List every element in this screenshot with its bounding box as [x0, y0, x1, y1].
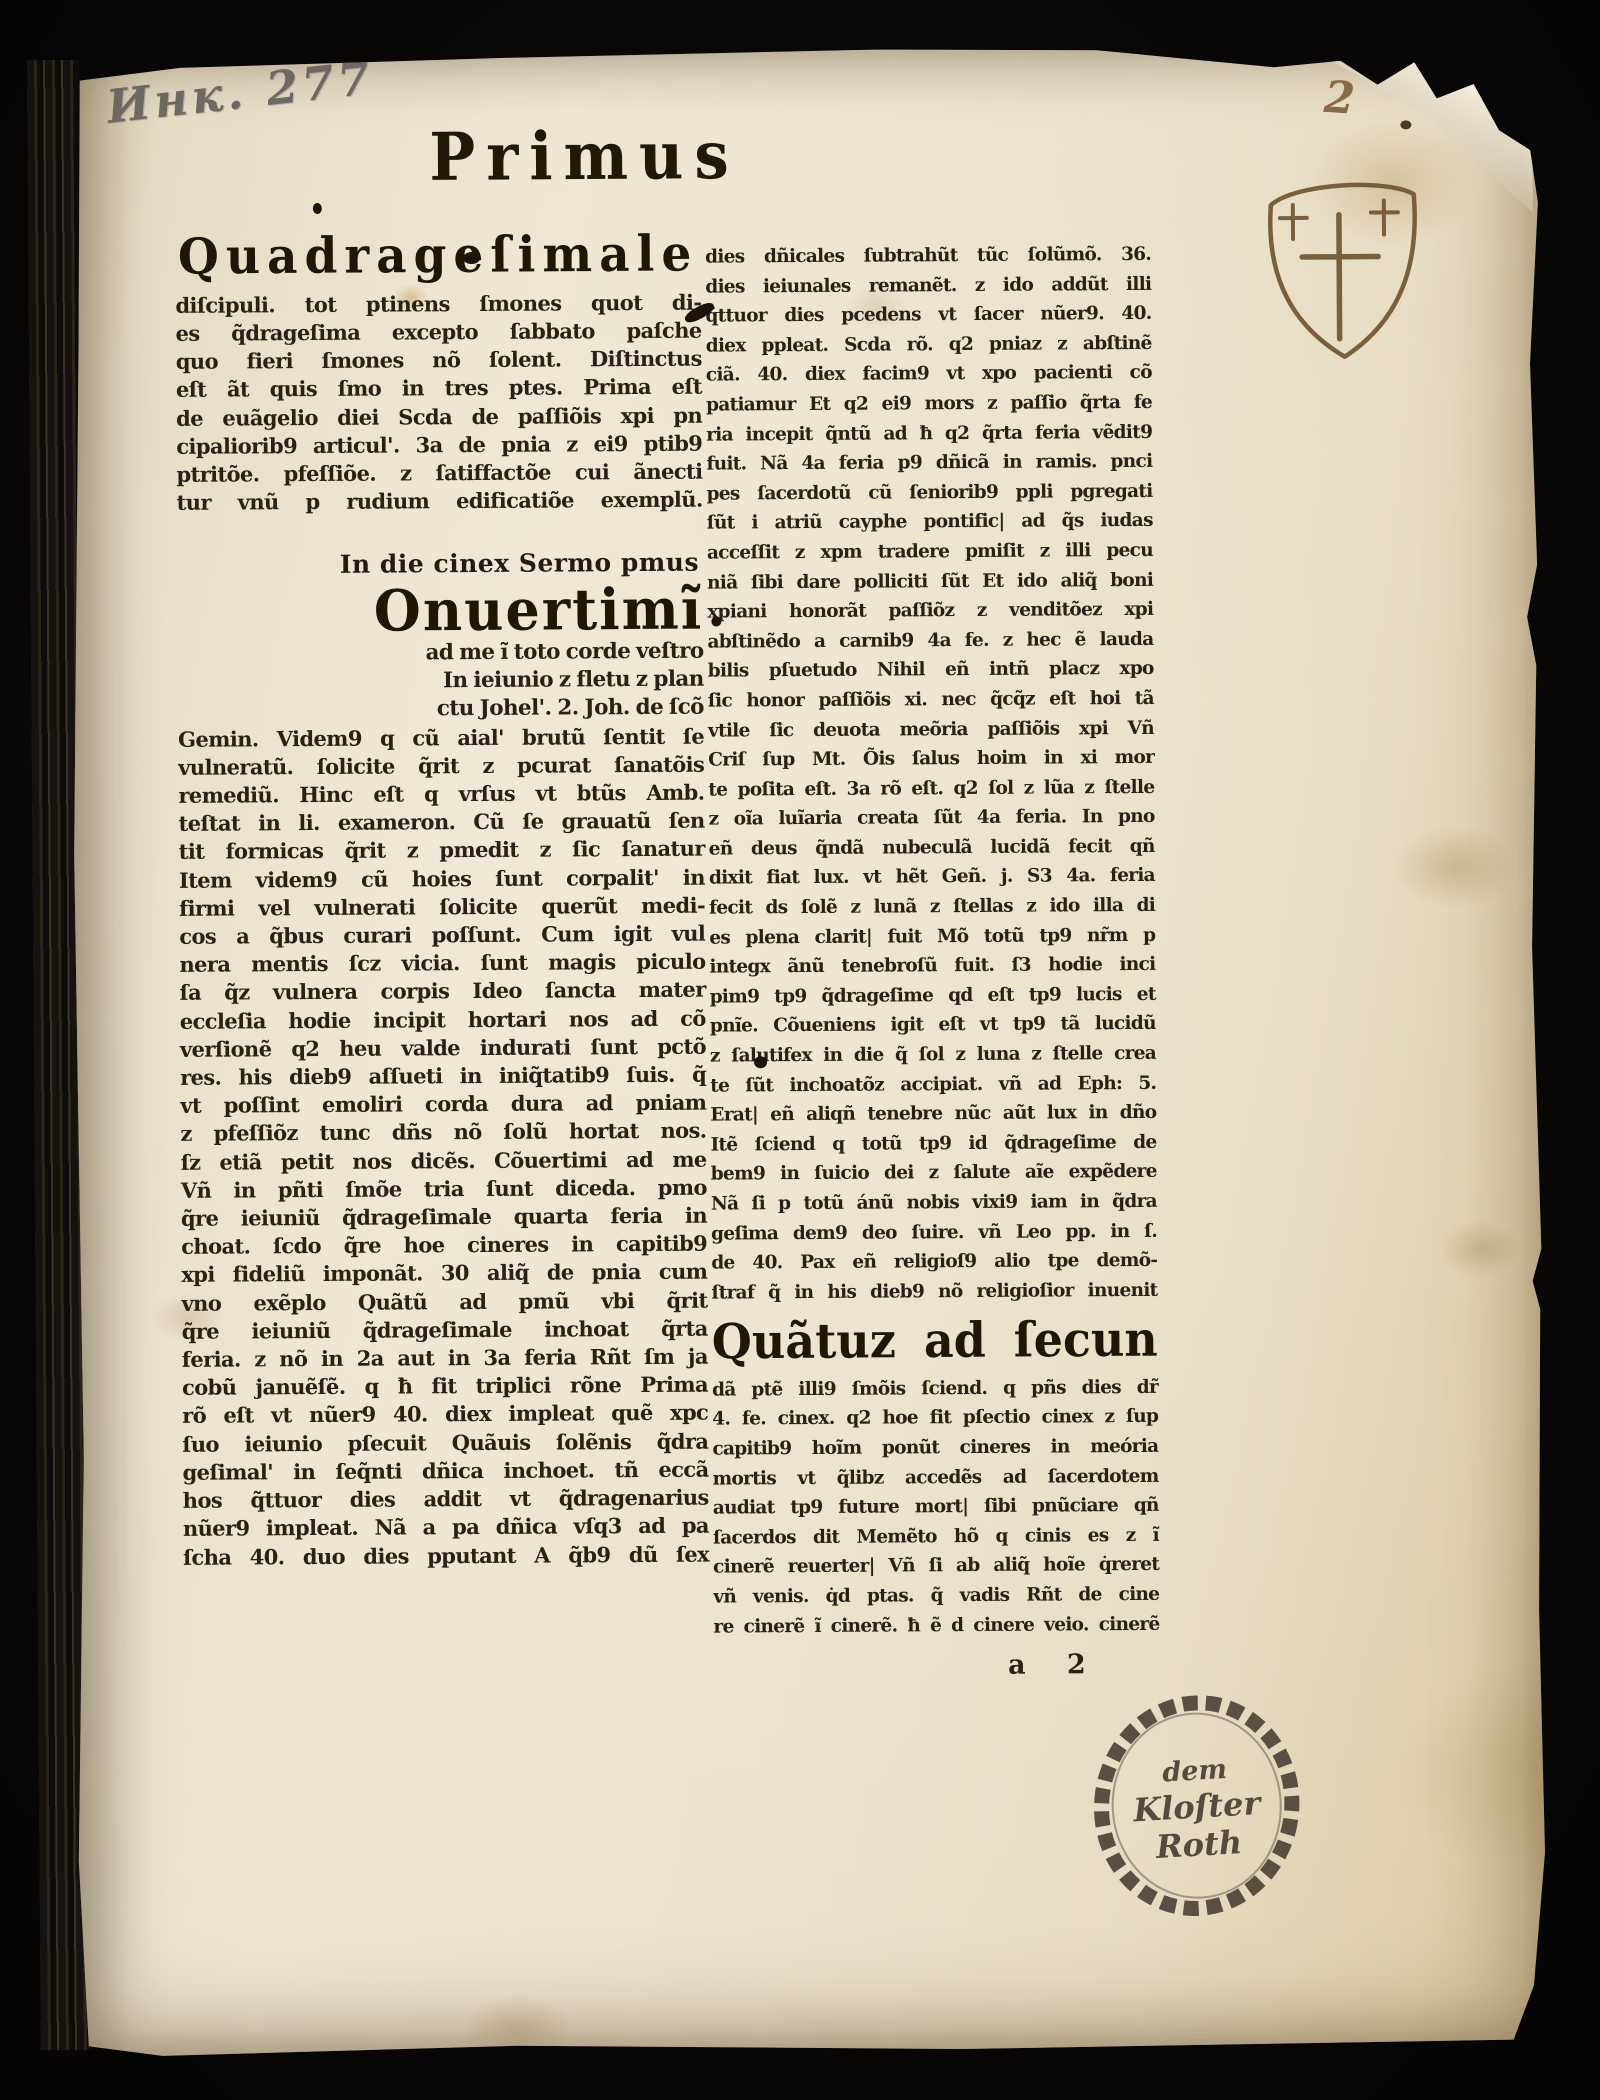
- text-line: diex ppleat. Scda rõ. q2 pniaz z abſtinẽ: [706, 329, 1152, 361]
- chapter-heading: Quadrageſimale: [175, 227, 701, 284]
- text-line: te poſita eſt. 3a rõ eſt. q2 ſol z lũa z…: [708, 773, 1154, 805]
- text-line: cipaliorib9 articul'. 3a de pnia z ei9 p…: [176, 429, 702, 460]
- text-line: ctu Johel'. 2. Joh. de ſcõ: [178, 694, 704, 725]
- incipit-word: Onuertimĩ: [177, 580, 703, 643]
- text-line: eſt ãt quis ſmo in tres ptes. Prima eſt: [176, 373, 702, 404]
- text-line: ſuo ieiunio pſecuit Quãuis ſolẽnis q̃dra: [182, 1427, 708, 1458]
- text-line: hos q̃ttuor dies addit vt q̃dragenarius: [183, 1484, 709, 1515]
- text-line: ſũt i atriũ cayphe pontific| ad q̃s iuda…: [707, 506, 1153, 538]
- text-line: xpi fideliũ imponãt. 30 aliq̃ de pnia cu…: [181, 1258, 707, 1289]
- text-line: res. his dieb9 aſſueti in iniq̃tatib9 ſu…: [180, 1061, 706, 1092]
- text-line: eccleſia hodie incipit hortari nos ad cõ: [180, 1004, 706, 1035]
- ink-blot: [754, 1056, 767, 1068]
- text-line: remediũ. Hinc eſt q vrſus vt btũs Amb.: [178, 779, 704, 810]
- text-line: vno exẽplo Quãtũ ad pmũ vbi q̃rit: [181, 1286, 707, 1317]
- text-line: firmi vel vulnerati ſolicite querũt medi…: [179, 891, 705, 922]
- right-text-column: dies dñicales ſubtrahũt tũc ſolũmõ. 36.d…: [705, 240, 1160, 1683]
- left-text-column: Quadrageſimale diſcipuli. tot ptinens ſm…: [175, 229, 709, 1572]
- folio-number: 2: [1323, 72, 1357, 125]
- text-line: ſa q̃z vulnera corpis Ideo ſancta mater: [180, 976, 706, 1007]
- text-line: ſz etiã petit nos dicẽs. Cõuertimi ad me: [181, 1145, 707, 1176]
- text-line: feria. z nõ in 2a aut in 3a feria Rñt ſm…: [182, 1343, 708, 1374]
- text-line: quo fieri ſmones nõ ſolent. Diſtinctus: [176, 345, 702, 376]
- text-line: q̃re ieiuniũ q̃drageſimale quarta feria …: [181, 1202, 707, 1233]
- text-line: z pfeſſiõz tunc dñs nõ ſolũ hortat nos.: [180, 1117, 706, 1148]
- text-line: z oĩa luĩaria creata ſũt 4a feria. In pn…: [708, 802, 1154, 834]
- text-line: tur vnũ p rudium edificatiõe exemplũ.: [177, 486, 703, 517]
- text-line: es plena clarit| fuit Mõ totũ tp9 nr̃m p: [709, 921, 1155, 953]
- text-line: Itẽ ſciend q totũ tp9 id q̃drageſime de: [710, 1128, 1156, 1160]
- text-line: pim9 tp9 q̃drageſime qd eſt tp9 lucis et: [710, 980, 1156, 1012]
- text-line: acceſſit z xpm tradere pmiſit z illi pec…: [707, 536, 1153, 568]
- text-line: verſionẽ q2 heu valde indurati ſunt pctõ: [180, 1032, 706, 1063]
- left-body-text: Gemin. Videm9 q cũ aial' brutũ ſentit ſe…: [178, 722, 709, 1571]
- text-line: eñ deus q̃ndã nubeculã lucidã fecit qñ: [709, 832, 1155, 864]
- text-line: ptritõe. pfeſſiõe. z ſatiffactõe cui ãne…: [176, 458, 702, 489]
- text-line: integx ãnũ tenebroſũ fuit. ſ3 hodie inci: [709, 950, 1155, 982]
- library-stamp: dem Kloſter Roth: [1076, 1677, 1318, 1930]
- text-line: cos a q̃bus curari poſſunt. Cum igit vul: [179, 920, 705, 951]
- text-line: audiat tp9 future mort| ſibi pnũciare qñ: [713, 1491, 1159, 1523]
- text-line: z ſalutifex in die q̃ ſol z luna z ſtell…: [710, 1039, 1156, 1071]
- text-line: bem9 in ſuicio dei z ſalute aĩe expẽdere: [711, 1157, 1157, 1189]
- book-page: Инк. 277 2 Primus Quadrageſimale diſcipu…: [62, 42, 1552, 2063]
- text-line: vtile ſic deuota meõria paſſiõis xpi Vñ: [708, 713, 1154, 745]
- text-line: geſima dem9 deo ſuire. vñ Leo pp. in ſ.: [711, 1216, 1157, 1248]
- small-cross-left-icon: [1280, 205, 1307, 239]
- text-line: mortis vt q̃libz accedẽs ad ſacerdotem: [713, 1462, 1159, 1494]
- large-cross-icon: [1302, 214, 1379, 338]
- text-line: q̃re ieiuniũ q̃drageſimale inchoat q̃rta: [182, 1314, 708, 1345]
- text-line: ſcha 40. duo dies pputant A q̃b9 dũ ſex: [183, 1540, 709, 1571]
- text-line: ria incepit q̃ntũ ad ħ q2 q̃rta feria vẽ…: [706, 417, 1152, 449]
- text-line: Criſ ſup Mt. Õis ſalus hoim in xi mor: [708, 743, 1154, 775]
- text-line: ſic honor paſſiõis xi. nec q̃cq̃z eſt ho…: [708, 684, 1154, 716]
- text-line: vulneratũ. ſolicite q̃rit z pcurat ſanat…: [178, 750, 704, 781]
- text-line: patiamur Et q2 ei9 mors z paſſio q̃rta f…: [706, 388, 1152, 420]
- text-line: abſtinẽdo a carnib9 4a fe. z hec ẽ lauda: [707, 625, 1153, 657]
- text-line: Nã ſi p totũ ánũ nobis vixi9 iam in q̃dr…: [711, 1187, 1157, 1219]
- text-line: dies ieiunales remanẽt. z ido addũt illi: [705, 269, 1151, 301]
- text-line: bilis pſuetudo Nihil eñ intñ placz xpo: [708, 654, 1154, 686]
- text-line: capitib9 hoĩm ponũt cineres in meória: [712, 1432, 1158, 1464]
- text-line: Erat| eñ aliqñ tenebre nũc aũt lux in dñ…: [710, 1098, 1156, 1130]
- text-line: cinerẽ reuerter| Vñ ſi ab aliq̃ hoĩe q̇r…: [713, 1550, 1159, 1582]
- text-line: cobũ januẽſẽ. q ħ fit triplici rõne Prim…: [182, 1371, 708, 1402]
- text-line: xpiani honorãt paſſiõz z venditõez xpi: [707, 595, 1153, 627]
- text-line: Vñ in pñti ſmõe tria ſunt diceda. pmo: [181, 1173, 707, 1204]
- text-line: ſacerdos dit Memẽto hõ q cinis es z ĩ: [713, 1521, 1159, 1553]
- text-line: tit formicas q̃rit z pmedit z ſic ſanatu…: [179, 835, 705, 866]
- text-line: nũer9 impleat. Nã a pa dñica vſq3 ad pa: [183, 1512, 709, 1543]
- text-line: de 40. Pax eñ religioſ9 alio tpe demõ-: [711, 1246, 1157, 1278]
- text-line: pnĩe. Cõueniens igit eſt vt tp9 tã lucid…: [710, 1009, 1156, 1041]
- text-line: dã ptẽ illi9 ſmõis ſciend. q pñs dies dr…: [712, 1373, 1158, 1405]
- incipit-lines: ad me ĩ toto corde veſtroIn ieiunio z fl…: [177, 638, 704, 726]
- text-line: te ſũt inchoatõz accipiat. vñ ad Eph: 5.: [710, 1068, 1156, 1100]
- text-line: dies dñicales ſubtrahũt tũc ſolũmõ. 36.: [705, 240, 1151, 272]
- ink-dot: [1400, 120, 1411, 129]
- small-cross-right-icon: [1371, 200, 1398, 234]
- stamp-line-1: dem: [1162, 1754, 1228, 1789]
- text-line: vñ venis. q̇d ptas. q̃ vadis Rñt de cine: [713, 1580, 1159, 1612]
- text-line: pes ſacerdotũ cũ ſeniorib9 ppli pgregati: [707, 477, 1153, 509]
- text-line: geſimal' in ſeq̃nti dñica inchoet. tñ ec…: [182, 1456, 708, 1487]
- running-title: Primus: [384, 117, 784, 196]
- text-line: de euãgelio diei Scda de paſſiõis xpi pn: [176, 401, 702, 432]
- text-line: es q̃drageſima excepto ſabbato paſche: [176, 317, 702, 348]
- text-line: niã ſibi dare polliciti ſũt Et ido aliq̃…: [707, 565, 1153, 597]
- text-line: In ieiunio z fletu z plan: [178, 666, 704, 697]
- text-line: vt poſſint emoliri corda dura ad pniam: [180, 1089, 706, 1120]
- text-line: q̃ttuor dies pcedens vt ſacer nũer9. 40.: [705, 299, 1151, 331]
- text-line: dixit fiat lux. vt hẽt Geñ. j. S3 4a. fe…: [709, 861, 1155, 893]
- text-line: choat. ſcdo q̃re hoe cineres in capitib9: [181, 1230, 707, 1261]
- right-body-text: dies dñicales ſubtrahũt tũc ſolũmõ. 36.d…: [705, 240, 1157, 1308]
- text-line: ſtraf q̃ in his dieb9 nõ religioſior inu…: [711, 1276, 1157, 1308]
- text-line: ciã. 40. diex facim9 vt xpo pacienti cõ: [706, 358, 1152, 390]
- text-line: rõ eſt vt nũer9 40. diex impleat quẽ xpc: [182, 1399, 708, 1430]
- text-line: Gemin. Videm9 q cũ aial' brutũ ſentit ſe: [178, 722, 704, 753]
- signature-mark: a 2: [714, 1649, 1160, 1683]
- text-line: fecit ds ſolẽ z lunã z ſtellas z ido ill…: [709, 891, 1155, 923]
- intro-paragraph: diſcipuli. tot ptinens ſmones quot di-es…: [175, 288, 702, 517]
- right-body-text-2: dã ptẽ illi9 ſmõis ſciend. q pñs dies dr…: [712, 1373, 1160, 1642]
- ink-blot: [711, 617, 721, 627]
- stamp-line-3: Roth: [1154, 1823, 1243, 1866]
- text-line: Item videm9 cũ hoies ſunt corpalit' in: [179, 863, 705, 894]
- stamp-line-2: Kloſter: [1131, 1784, 1263, 1830]
- shield-crosses-drawing: [1241, 164, 1447, 400]
- ink-blot: [463, 252, 480, 264]
- ink-blot: [313, 203, 322, 214]
- section-heading: Quãtuz ad ſecun: [712, 1310, 1158, 1373]
- text-line: re cinerẽ ĩ cinerẽ. ħ ẽ d cinere veio. c…: [713, 1609, 1159, 1641]
- text-line: fuit. Nã 4a feria p9 dñicã in ramis. pnc…: [706, 447, 1152, 479]
- text-line: nera mentis ſcz vicia. ſunt magis piculo: [179, 948, 705, 979]
- text-line: diſcipuli. tot ptinens ſmones quot di-: [175, 288, 701, 319]
- text-line: 4. fe. cinex. q2 hoe fit pſectio cinex z…: [712, 1402, 1158, 1434]
- text-line: teſtat in li. exameron. Cũ ſe grauatũ ſe…: [179, 807, 705, 838]
- shelfmark-note: Инк. 277: [104, 47, 408, 134]
